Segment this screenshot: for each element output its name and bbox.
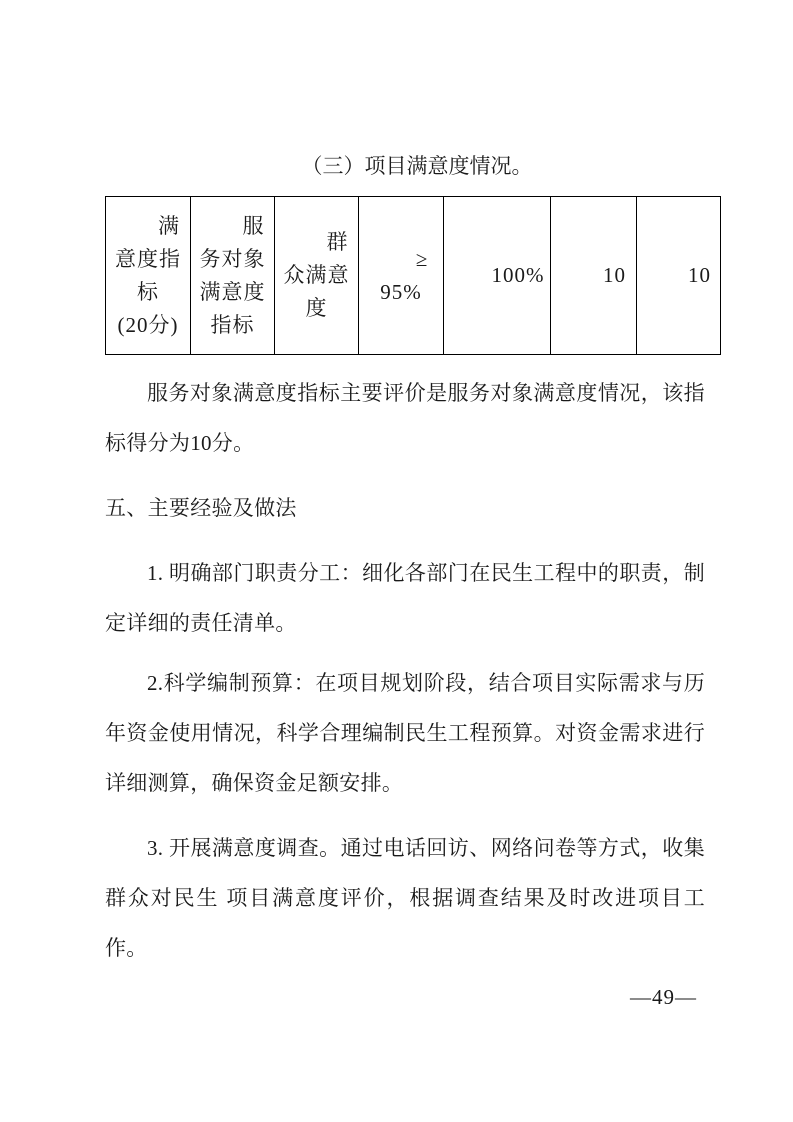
point-3: 3. 开展满意度调查。通过电话回访、网络问卷等方式，收集群众对民生 项目满意度评… xyxy=(105,823,705,973)
table-row: 满 意度指 标 (20分) 服 务对象 满意度 指标 群 众满意 度 ≥ 95%… xyxy=(106,197,721,355)
page-content: （三）项目满意度情况。 满 意度指 标 (20分) 服 务对象 满意度 指标 群… xyxy=(105,0,705,973)
page-number: —49— xyxy=(630,984,697,1010)
document-page: （三）项目满意度情况。 满 意度指 标 (20分) 服 务对象 满意度 指标 群… xyxy=(0,0,793,1122)
cell-public-satisfaction: 群 众满意 度 xyxy=(275,197,359,355)
cell-actual-value: 100% xyxy=(444,197,551,355)
cell-score-weight: 10 xyxy=(551,197,637,355)
point-2: 2.科学编制预算：在项目规划阶段，结合项目实际需求与历年资金使用情况，科学合理编… xyxy=(105,658,705,808)
cell-satisfaction-indicator: 满 意度指 标 (20分) xyxy=(106,197,191,355)
point-1: 1. 明确部门职责分工：细化各部门在民生工程中的职责，制定详细的责任清单。 xyxy=(105,548,705,648)
cell-target-value: ≥ 95% xyxy=(359,197,444,355)
section5-heading: 五、主要经验及做法 xyxy=(105,483,705,533)
cell-score-result: 10 xyxy=(637,197,721,355)
cell-service-object-indicator: 服 务对象 满意度 指标 xyxy=(191,197,275,355)
section3-heading: （三）项目满意度情况。 xyxy=(105,150,705,182)
satisfaction-table: 满 意度指 标 (20分) 服 务对象 满意度 指标 群 众满意 度 ≥ 95%… xyxy=(105,196,721,355)
paragraph-service-satisfaction: 服务对象满意度指标主要评价是服务对象满意度情况，该指标得分为10分。 xyxy=(105,368,705,468)
